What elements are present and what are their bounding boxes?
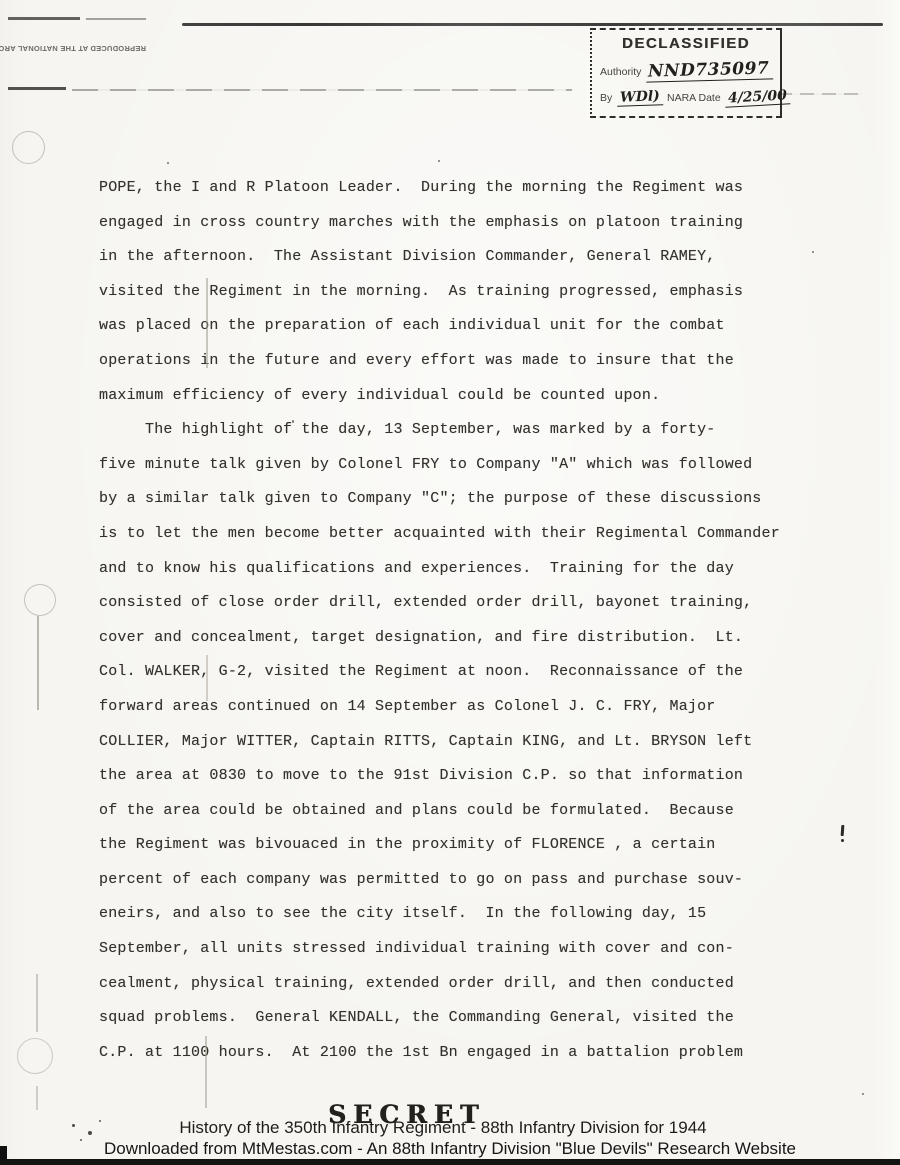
text-line: the Regiment was bivouaced in the proxim… xyxy=(99,828,819,863)
archive-imprint-text: REPRODUCED AT THE NATIONAL ARCHIVE xyxy=(6,44,146,53)
hole-punch-middle xyxy=(24,584,56,616)
speckle xyxy=(167,162,169,164)
paper-crease xyxy=(206,278,208,368)
text-line: eneirs, and also to see the city itself.… xyxy=(99,897,819,932)
binding-line xyxy=(36,1086,38,1110)
second-rule-left xyxy=(8,87,66,90)
text-line: COLLIER, Major WITTER, Captain RITTS, Ca… xyxy=(99,725,819,760)
ink-mark xyxy=(841,825,845,836)
text-line: September, all units stressed individual… xyxy=(99,932,819,967)
text-line: cealment, physical training, extended or… xyxy=(99,967,819,1002)
date-handwritten-value: 4/25/00 xyxy=(725,87,791,107)
text-line: consisted of close order drill, extended… xyxy=(99,586,819,621)
top-rule-line xyxy=(182,23,883,26)
scanned-document-page: REPRODUCED AT THE NATIONAL ARCHIVE DECLA… xyxy=(0,0,900,1165)
secret-stamp-redacted: SECRET xyxy=(328,1100,518,1132)
text-line: percent of each company was permitted to… xyxy=(99,863,819,898)
text-line: squad problems. General KENDALL, the Com… xyxy=(99,1001,819,1036)
stamp-authority-row: Authority NND735097 xyxy=(600,60,773,81)
speckle xyxy=(812,251,814,253)
text-line: by a similar talk given to Company "C"; … xyxy=(99,482,819,517)
authority-label: Authority xyxy=(600,66,641,78)
top-left-dash-faint xyxy=(86,18,146,20)
text-line: is to let the men become better acquaint… xyxy=(99,517,819,552)
stamp-title: DECLASSIFIED xyxy=(592,35,780,52)
text-line: C.P. at 1100 hours. At 2100 the 1st Bn e… xyxy=(99,1036,819,1071)
hole-punch-top xyxy=(12,131,45,164)
second-rule-dashed xyxy=(72,89,572,91)
paper-crease xyxy=(206,655,208,701)
paper-crease xyxy=(205,1036,207,1108)
text-line: of the area could be obtained and plans … xyxy=(99,794,819,829)
footer-caption-source: Downloaded from MtMestas.com - An 88th I… xyxy=(0,1139,900,1159)
hole-punch-bottom xyxy=(17,1038,53,1074)
declassified-stamp: DECLASSIFIED Authority NND735097 By WDl)… xyxy=(590,28,782,118)
ink-mark-dot xyxy=(841,839,844,842)
binding-line xyxy=(36,974,38,1032)
nara-date-label: NARA Date xyxy=(667,92,721,104)
text-line: the area at 0830 to move to the 91st Div… xyxy=(99,759,819,794)
by-handwritten-initials: WDl) xyxy=(616,88,662,107)
text-line: POPE, the I and R Platoon Leader. During… xyxy=(99,171,819,206)
text-line: maximum efficiency of every individual c… xyxy=(99,379,819,414)
text-line: engaged in cross country marches with th… xyxy=(99,206,819,241)
by-label: By xyxy=(600,92,612,104)
binding-line xyxy=(37,616,39,710)
speckle xyxy=(292,420,294,423)
text-line: The highlight of the day, 13 September, … xyxy=(99,413,819,448)
stamp-by-row: By WDl) NARA Date 4/25/00 xyxy=(600,88,790,106)
speckle xyxy=(862,1093,864,1095)
bottom-scan-bar xyxy=(0,1159,900,1165)
text-line: cover and concealment, target designatio… xyxy=(99,621,819,656)
speckle xyxy=(438,160,440,162)
text-line: five minute talk given by Colonel FRY to… xyxy=(99,448,819,483)
authority-handwritten-value: NND735097 xyxy=(646,58,774,82)
second-rule-right xyxy=(778,93,862,95)
top-left-dash xyxy=(8,17,80,20)
text-line: and to know his qualifications and exper… xyxy=(99,552,819,587)
text-line: in the afternoon. The Assistant Division… xyxy=(99,240,819,275)
